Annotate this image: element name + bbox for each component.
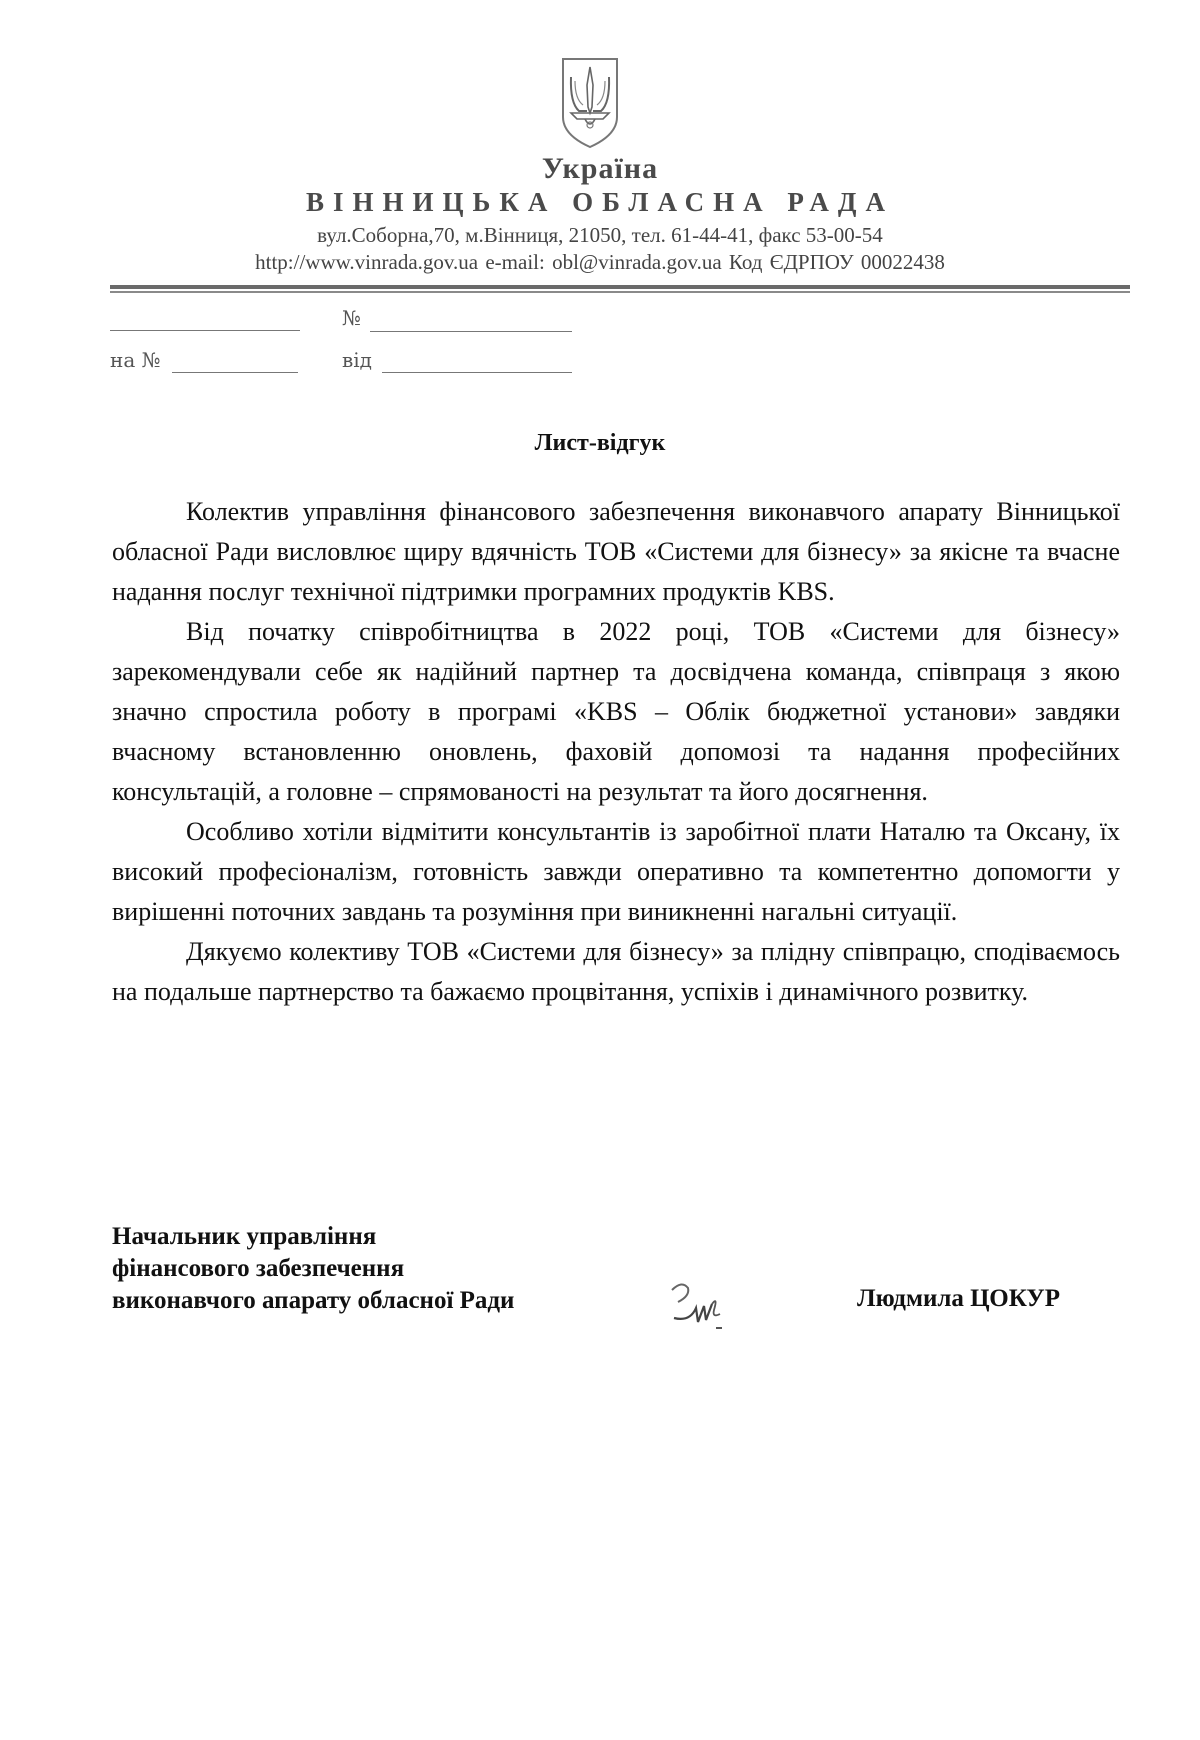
letter-title: Лист-відгук xyxy=(0,430,1200,457)
paragraph-cooperation: Від початку співробітництва в 2022 році,… xyxy=(112,612,1120,812)
date-blank-line xyxy=(110,330,300,331)
country-name: Україна xyxy=(0,152,1200,186)
position-line: Начальник управління xyxy=(112,1221,514,1253)
signatory-name: Людмила ЦОКУР xyxy=(857,1285,1060,1313)
trident-coat-of-arms-icon xyxy=(557,55,623,151)
letter-body: Колектив управління фінансового забезпеч… xyxy=(112,492,1120,1012)
letterhead-divider-thin xyxy=(110,291,1130,293)
paragraph-consultants: Особливо хотіли відмітити консультантів … xyxy=(112,812,1120,932)
in-reply-label: на № xyxy=(110,348,161,372)
reply-number-blank-line xyxy=(172,372,298,373)
organization-address: вул.Соборна,70, м.Вінниця, 21050, тел. 6… xyxy=(0,223,1200,248)
letter-page: Україна ВІННИЦЬКА ОБЛАСНА РАДА вул.Собор… xyxy=(0,0,1200,1740)
letterhead-divider xyxy=(110,285,1130,289)
paragraph-gratitude: Колектив управління фінансового забезпеч… xyxy=(112,492,1120,612)
position-line: виконавчого апарату обласної Ради xyxy=(112,1285,514,1317)
number-label: № xyxy=(342,306,361,330)
position-line: фінансового забезпечення xyxy=(112,1253,514,1285)
number-blank-line xyxy=(370,331,572,332)
signatory-position: Начальник управління фінансового забезпе… xyxy=(112,1221,514,1317)
organization-contacts: http://www.vinrada.gov.ua e-mail: obl@vi… xyxy=(0,250,1200,275)
handwritten-signature-icon xyxy=(660,1278,760,1338)
organization-name: ВІННИЦЬКА ОБЛАСНА РАДА xyxy=(0,187,1200,218)
from-blank-line xyxy=(382,372,572,373)
paragraph-thanks: Дякуємо колективу ТОВ «Системи для бізне… xyxy=(112,932,1120,1012)
from-label: від xyxy=(342,348,372,372)
